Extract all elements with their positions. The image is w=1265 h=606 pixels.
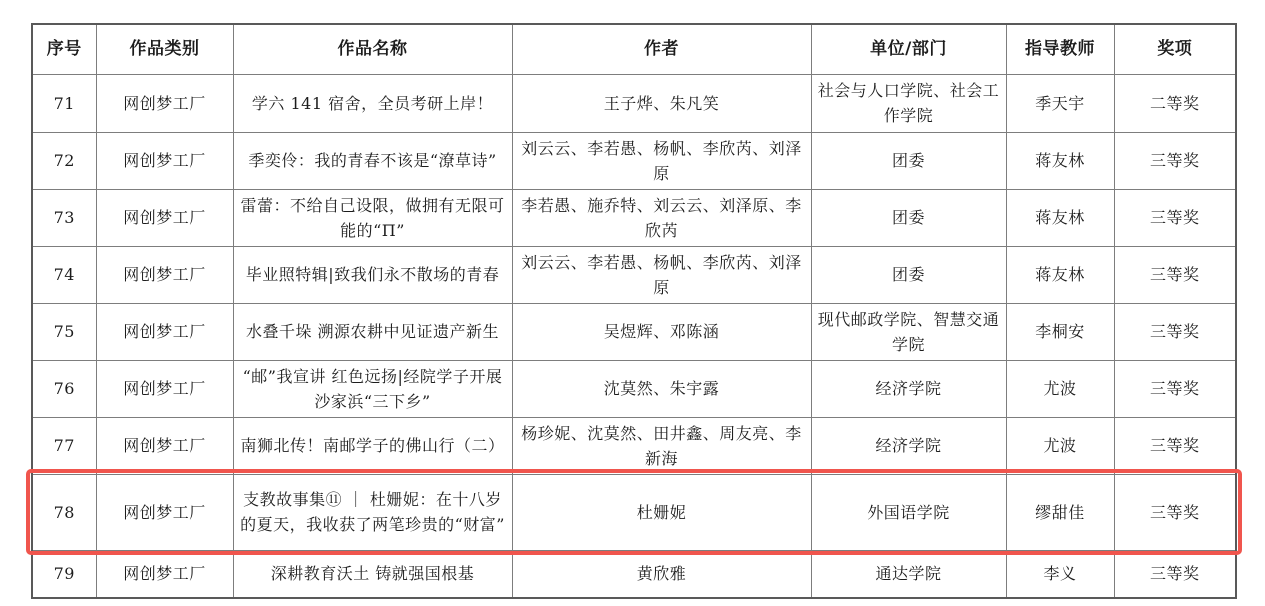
cell-title: 支教故事集⑪ ｜ 杜姗妮：在十八岁的夏天，我收获了两笔珍贵的“财富” xyxy=(233,474,512,550)
cell-award: 二等奖 xyxy=(1114,74,1236,132)
cell-award: 三等奖 xyxy=(1114,303,1236,360)
cell-authors: 刘云云、李若愚、杨帆、李欣芮、刘泽原 xyxy=(512,246,811,303)
cell-no: 76 xyxy=(32,360,96,417)
header-no: 序号 xyxy=(32,24,96,74)
cell-award: 三等奖 xyxy=(1114,417,1236,474)
table-row: 71 网创梦工厂 学六 141 宿舍，全员考研上岸！ 王子烨、朱凡笑 社会与人口… xyxy=(32,74,1236,132)
cell-category: 网创梦工厂 xyxy=(96,360,233,417)
cell-authors: 吴煜辉、邓陈涵 xyxy=(512,303,811,360)
cell-advisor: 尤波 xyxy=(1006,417,1114,474)
cell-authors: 黄欣雅 xyxy=(512,550,811,598)
awards-table: 序号 作品类别 作品名称 作者 单位/部门 指导教师 奖项 71 网创梦工厂 学… xyxy=(31,23,1237,599)
header-award: 奖项 xyxy=(1114,24,1236,74)
cell-authors: 李若愚、施乔特、刘云云、刘泽原、李欣芮 xyxy=(512,189,811,246)
cell-title: 季奕伶：我的青春不该是“潦草诗” xyxy=(233,132,512,189)
cell-no: 74 xyxy=(32,246,96,303)
cell-unit: 经济学院 xyxy=(811,417,1006,474)
cell-title: 深耕教育沃土 铸就强国根基 xyxy=(233,550,512,598)
cell-authors: 杜姗妮 xyxy=(512,474,811,550)
cell-authors: 沈莫然、朱宇露 xyxy=(512,360,811,417)
cell-advisor: 蒋友林 xyxy=(1006,189,1114,246)
cell-unit: 社会与人口学院、社会工作学院 xyxy=(811,74,1006,132)
page: 序号 作品类别 作品名称 作者 单位/部门 指导教师 奖项 71 网创梦工厂 学… xyxy=(0,0,1265,606)
cell-title: 学六 141 宿舍，全员考研上岸！ xyxy=(233,74,512,132)
cell-award: 三等奖 xyxy=(1114,360,1236,417)
table-row: 75 网创梦工厂 水叠千垛 溯源农耕中见证遗产新生 吴煜辉、邓陈涵 现代邮政学院… xyxy=(32,303,1236,360)
cell-unit: 团委 xyxy=(811,189,1006,246)
cell-no: 71 xyxy=(32,74,96,132)
cell-award: 三等奖 xyxy=(1114,189,1236,246)
header-advisor: 指导教师 xyxy=(1006,24,1114,74)
table-row-highlighted: 78 网创梦工厂 支教故事集⑪ ｜ 杜姗妮：在十八岁的夏天，我收获了两笔珍贵的“… xyxy=(32,474,1236,550)
cell-unit: 团委 xyxy=(811,132,1006,189)
cell-title: 毕业照特辑|致我们永不散场的青春 xyxy=(233,246,512,303)
header-title: 作品名称 xyxy=(233,24,512,74)
cell-no: 77 xyxy=(32,417,96,474)
cell-no: 78 xyxy=(32,474,96,550)
cell-category: 网创梦工厂 xyxy=(96,474,233,550)
cell-unit: 经济学院 xyxy=(811,360,1006,417)
cell-advisor: 蒋友林 xyxy=(1006,132,1114,189)
cell-award: 三等奖 xyxy=(1114,132,1236,189)
cell-no: 75 xyxy=(32,303,96,360)
cell-category: 网创梦工厂 xyxy=(96,246,233,303)
table-row: 72 网创梦工厂 季奕伶：我的青春不该是“潦草诗” 刘云云、李若愚、杨帆、李欣芮… xyxy=(32,132,1236,189)
cell-authors: 杨珍妮、沈莫然、田井鑫、周友亮、李新海 xyxy=(512,417,811,474)
cell-authors: 刘云云、李若愚、杨帆、李欣芮、刘泽原 xyxy=(512,132,811,189)
cell-unit: 通达学院 xyxy=(811,550,1006,598)
cell-unit: 现代邮政学院、智慧交通学院 xyxy=(811,303,1006,360)
cell-title: “邮”我宣讲 红色远扬|经院学子开展沙家浜“三下乡” xyxy=(233,360,512,417)
header-row: 序号 作品类别 作品名称 作者 单位/部门 指导教师 奖项 xyxy=(32,24,1236,74)
cell-no: 79 xyxy=(32,550,96,598)
cell-award: 三等奖 xyxy=(1114,246,1236,303)
cell-advisor: 季天宇 xyxy=(1006,74,1114,132)
cell-advisor: 李桐安 xyxy=(1006,303,1114,360)
table-row: 76 网创梦工厂 “邮”我宣讲 红色远扬|经院学子开展沙家浜“三下乡” 沈莫然、… xyxy=(32,360,1236,417)
cell-title: 水叠千垛 溯源农耕中见证遗产新生 xyxy=(233,303,512,360)
cell-authors: 王子烨、朱凡笑 xyxy=(512,74,811,132)
cell-no: 72 xyxy=(32,132,96,189)
cell-no: 73 xyxy=(32,189,96,246)
cell-category: 网创梦工厂 xyxy=(96,550,233,598)
cell-category: 网创梦工厂 xyxy=(96,74,233,132)
cell-category: 网创梦工厂 xyxy=(96,132,233,189)
header-unit: 单位/部门 xyxy=(811,24,1006,74)
cell-advisor: 尤波 xyxy=(1006,360,1114,417)
cell-advisor: 缪甜佳 xyxy=(1006,474,1114,550)
table-wrapper: 序号 作品类别 作品名称 作者 单位/部门 指导教师 奖项 71 网创梦工厂 学… xyxy=(31,23,1237,599)
cell-award: 三等奖 xyxy=(1114,474,1236,550)
table-row: 73 网创梦工厂 雷蕾：不给自己设限，做拥有无限可能的“Π” 李若愚、施乔特、刘… xyxy=(32,189,1236,246)
cell-category: 网创梦工厂 xyxy=(96,417,233,474)
header-category: 作品类别 xyxy=(96,24,233,74)
cell-category: 网创梦工厂 xyxy=(96,303,233,360)
cell-advisor: 蒋友林 xyxy=(1006,246,1114,303)
table-row: 79 网创梦工厂 深耕教育沃土 铸就强国根基 黄欣雅 通达学院 李义 三等奖 xyxy=(32,550,1236,598)
cell-unit: 团委 xyxy=(811,246,1006,303)
header-authors: 作者 xyxy=(512,24,811,74)
cell-title: 南狮北传！南邮学子的佛山行（二） xyxy=(233,417,512,474)
cell-category: 网创梦工厂 xyxy=(96,189,233,246)
cell-title: 雷蕾：不给自己设限，做拥有无限可能的“Π” xyxy=(233,189,512,246)
cell-award: 三等奖 xyxy=(1114,550,1236,598)
cell-advisor: 李义 xyxy=(1006,550,1114,598)
cell-unit: 外国语学院 xyxy=(811,474,1006,550)
table-row: 77 网创梦工厂 南狮北传！南邮学子的佛山行（二） 杨珍妮、沈莫然、田井鑫、周友… xyxy=(32,417,1236,474)
table-row: 74 网创梦工厂 毕业照特辑|致我们永不散场的青春 刘云云、李若愚、杨帆、李欣芮… xyxy=(32,246,1236,303)
